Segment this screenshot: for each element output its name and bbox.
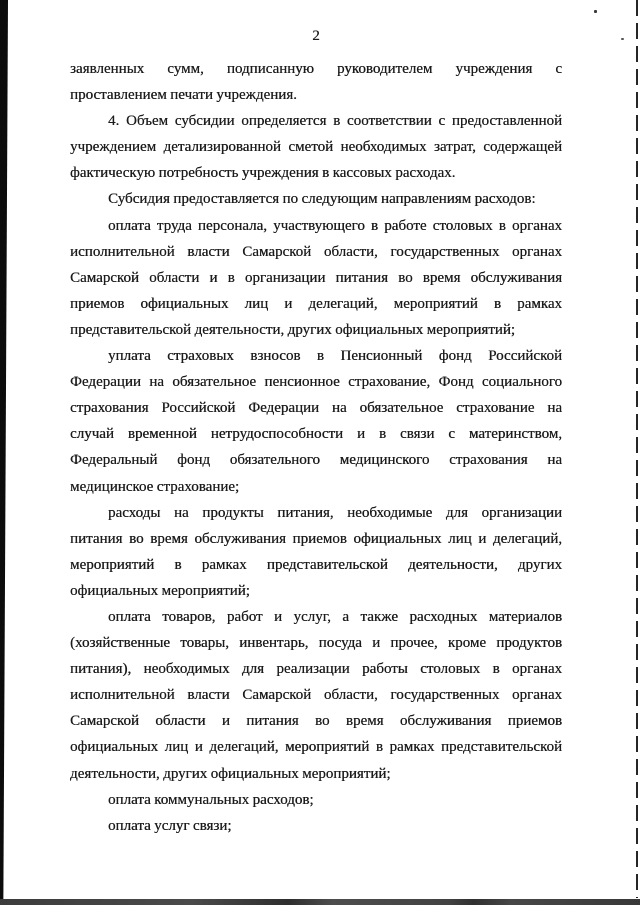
text-line: медицинское страхование; bbox=[70, 474, 562, 500]
page-number: 2 bbox=[70, 26, 562, 46]
text-line: 4. Объем субсидии определяется в соответ… bbox=[70, 108, 562, 134]
text-line: заявленных сумм, подписанную руководител… bbox=[70, 56, 562, 82]
text-line: исполнительной власти Самарской области,… bbox=[70, 682, 562, 708]
text-line: оплата труда персонала, участвующего в р… bbox=[70, 213, 562, 239]
text-line: питания во время обслуживания приемов оф… bbox=[70, 526, 562, 552]
text-line: исполнительной власти Самарской области,… bbox=[70, 239, 562, 265]
text-line: оплата коммунальных расходов; bbox=[70, 787, 562, 813]
text-line: питания), необходимых для реализации раб… bbox=[70, 656, 562, 682]
text-line: Самарской области и в организации питани… bbox=[70, 265, 562, 291]
text-line: деятельности, других официальных меропри… bbox=[70, 761, 562, 787]
text-line: официальных лиц и делегаций, мероприятий… bbox=[70, 734, 562, 760]
text-line: проставлением печати учреждения. bbox=[70, 82, 562, 108]
text-line: случай временной нетрудоспособности и в … bbox=[70, 421, 562, 447]
text-line: (хозяйственные товары, инвентарь, посуда… bbox=[70, 630, 562, 656]
text-line: оплата товаров, работ и услуг, а также р… bbox=[70, 604, 562, 630]
text-line: Самарской области и питания во время обс… bbox=[70, 708, 562, 734]
text-line: Субсидия предоставляется по следующим на… bbox=[70, 186, 562, 212]
right-edge-scan-line bbox=[636, 0, 638, 898]
document-body: заявленных сумм, подписанную руководител… bbox=[70, 56, 562, 839]
scan-speck bbox=[594, 10, 597, 13]
text-line: оплата услуг связи; bbox=[70, 813, 562, 839]
text-line: страхования Российской Федерации на обяз… bbox=[70, 395, 562, 421]
text-line: мероприятий в рамках представительской д… bbox=[70, 552, 562, 578]
text-line: представительской деятельности, других о… bbox=[70, 317, 562, 343]
text-line: уплата страховых взносов в Пенсионный фо… bbox=[70, 343, 562, 369]
text-line: расходы на продукты питания, необходимые… bbox=[70, 500, 562, 526]
left-edge-scan-bar bbox=[0, 0, 8, 899]
text-line: Федерации на обязательное пенсионное стр… bbox=[70, 369, 562, 395]
scan-page: 2 заявленных сумм, подписанную руководит… bbox=[0, 0, 640, 905]
text-line: Федеральный фонд обязательного медицинск… bbox=[70, 447, 562, 473]
scan-speck bbox=[621, 38, 624, 40]
text-line: фактическую потребность учреждения в кас… bbox=[70, 160, 562, 186]
text-line: официальных мероприятий; bbox=[70, 578, 562, 604]
text-line: приемов официальных лиц и делегаций, мер… bbox=[70, 291, 562, 317]
bottom-edge-scan-line bbox=[0, 899, 640, 905]
text-line: учреждением детализированной сметой необ… bbox=[70, 134, 562, 160]
